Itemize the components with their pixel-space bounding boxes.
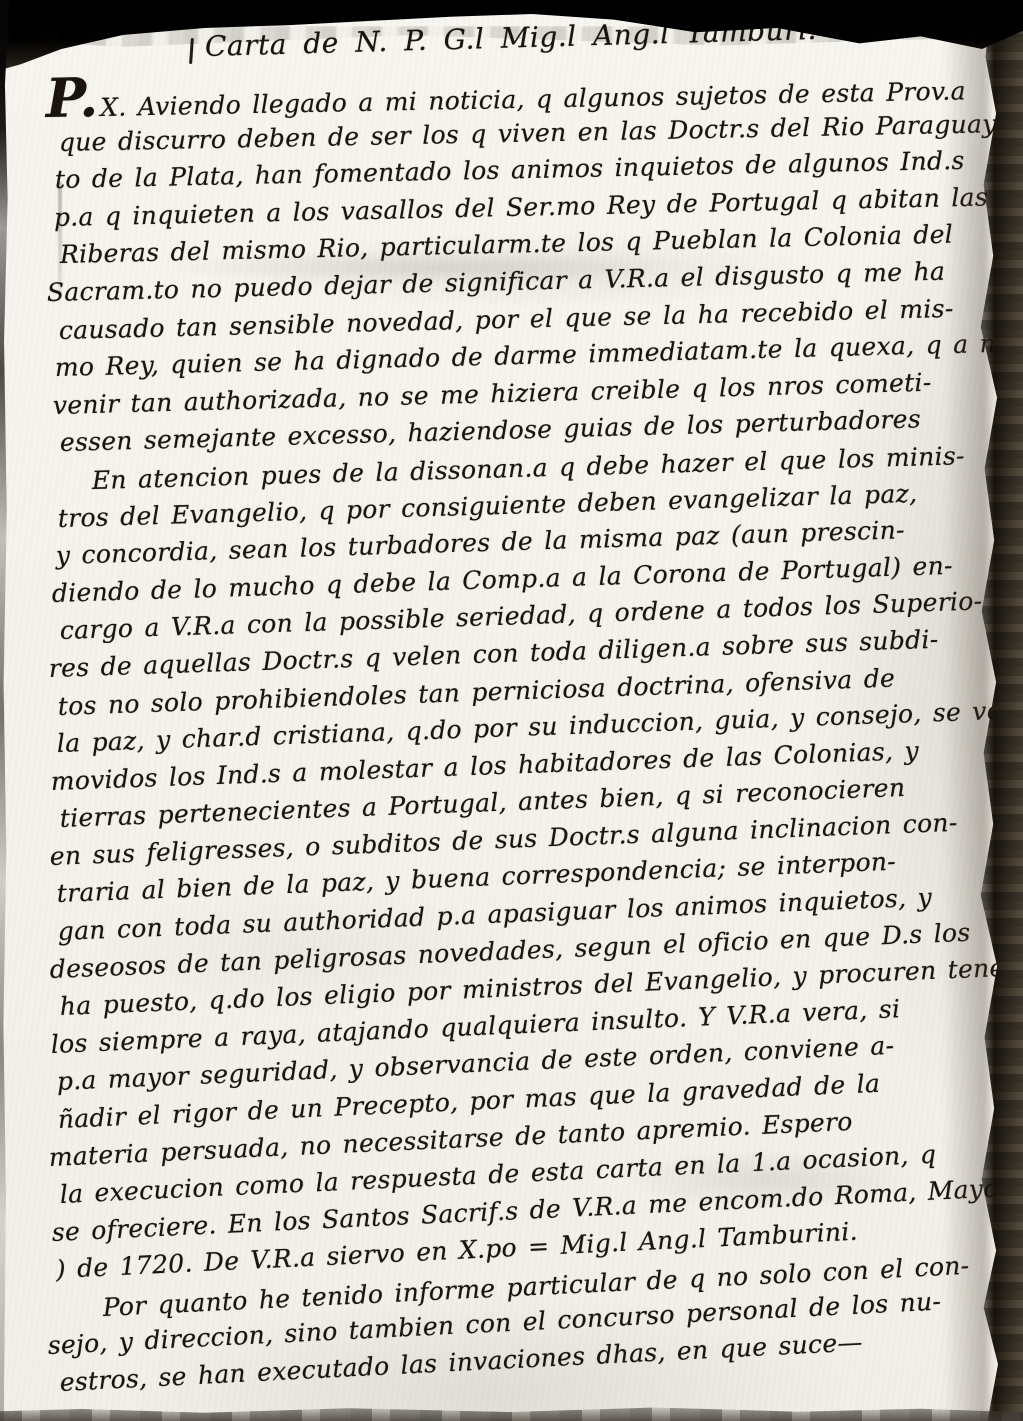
scanned-manuscript-page: Carta de N. P. G.l Mig.l Ang.l Tamburi. …: [0, 0, 1023, 1421]
binding-shadow: [943, 0, 989, 1421]
manuscript-body: P.X. Aviendo llegado a mi noticia, q alg…: [0, 86, 1023, 1402]
scan-bottom-edge: [0, 1406, 1023, 1421]
